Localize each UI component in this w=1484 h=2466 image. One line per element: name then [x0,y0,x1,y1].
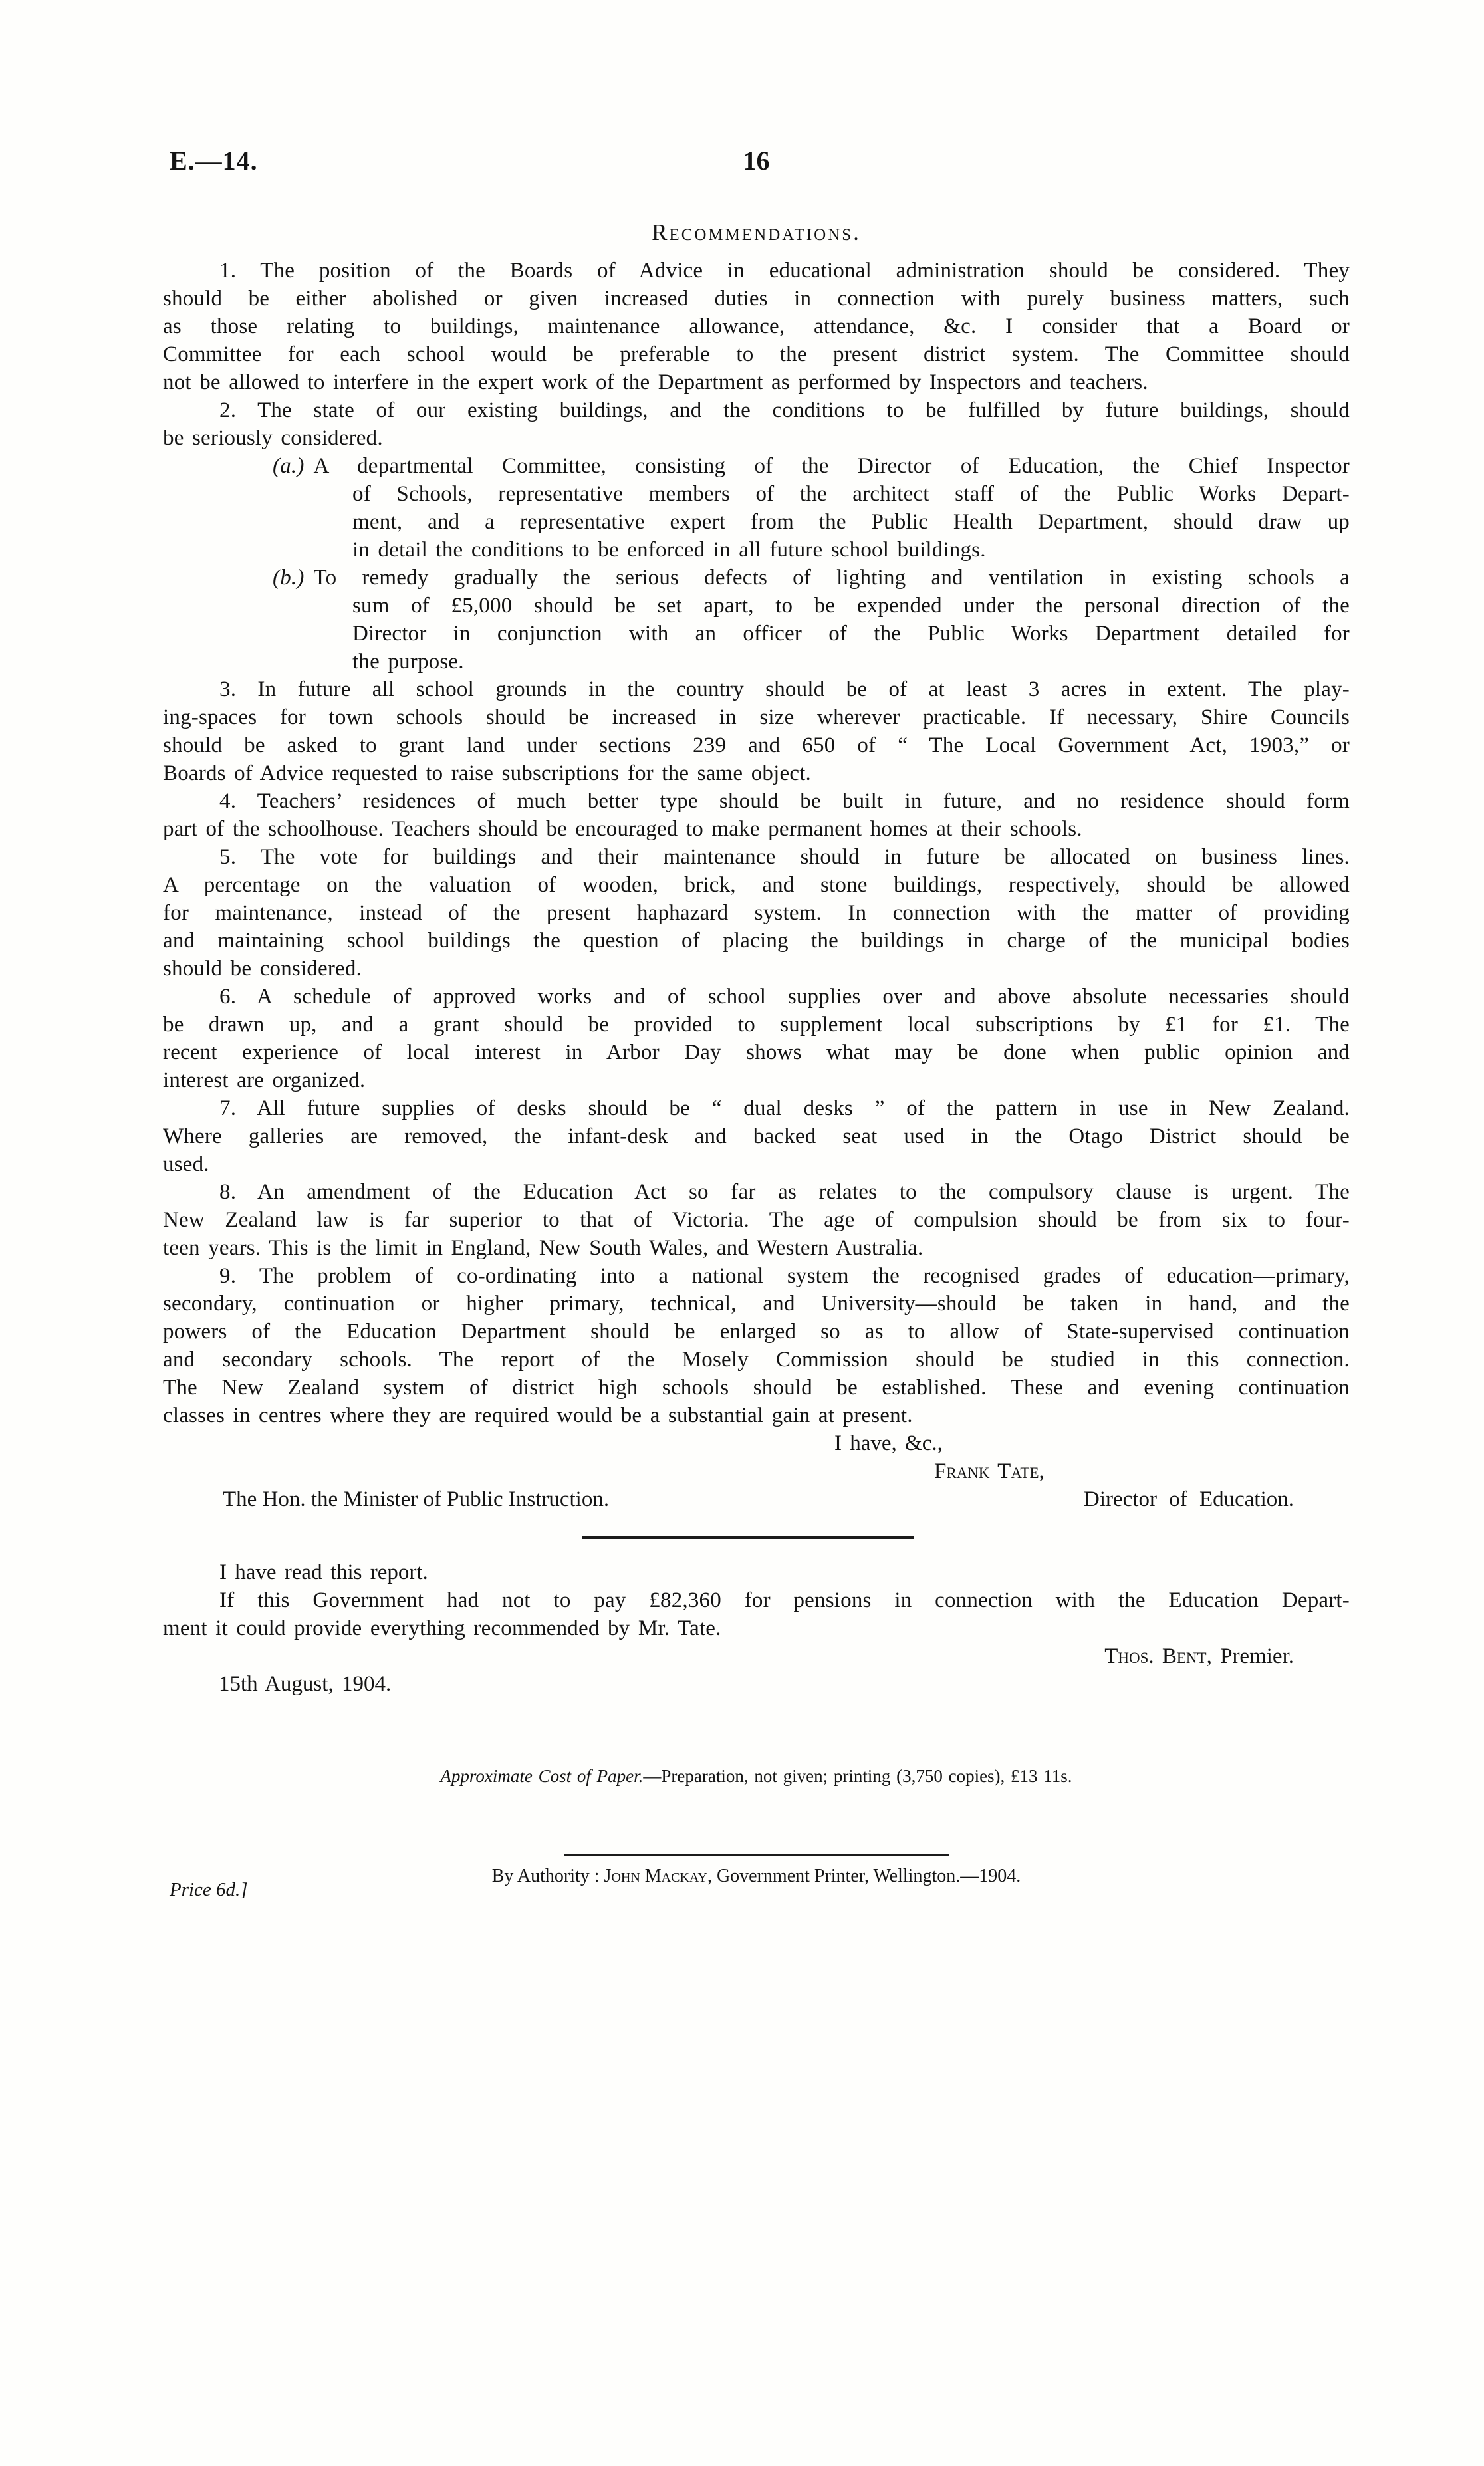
imprint-suffix: , Government Printer, Wellington.—1904. [707,1866,1021,1886]
body-line: 8. An amendment of the Education Act so … [163,1178,1350,1206]
addressee-row: The Hon. the Minister of Public Instruct… [163,1485,1350,1513]
body-line: (a.)A departmental Committee, consisting… [163,452,1350,480]
sub-item-label: (b.) [273,566,305,590]
body-line: be seriously considered. [163,424,1350,452]
body-line: Where galleries are removed, the infant-… [163,1122,1350,1150]
body-line: should be considered. [163,955,1350,983]
cost-note-lead: Approximate Cost of Paper. [440,1766,643,1786]
body-line: secondary, continuation or higher primar… [163,1290,1350,1318]
valediction: I have, &c., [163,1429,1350,1457]
body-line: not be allowed to interfere in the exper… [163,368,1350,396]
body-line: ment, and a representative expert from t… [163,508,1350,536]
signatory-name: Frank Tate, [163,1457,1350,1485]
signatory-title: Director of Education. [1084,1485,1350,1513]
body-line: 3. In future all school grounds in the c… [163,676,1350,703]
body-line: as those relating to buildings, maintena… [163,312,1350,340]
endorsement-line: ment it could provide everything recomme… [163,1614,1350,1642]
body-line: A percentage on the valuation of wooden,… [163,871,1350,899]
printer-imprint: By Authority : John Mackay, Government P… [163,1864,1350,1888]
body-line: used. [163,1150,1350,1178]
body-line: for maintenance, instead of the present … [163,899,1350,927]
body-line: (b.)To remedy gradually the serious defe… [163,564,1350,592]
body-line: 2. The state of our existing buildings, … [163,396,1350,424]
body-line: part of the schoolhouse. Teachers should… [163,815,1350,843]
document-page: E.—14. 16 Recommendations. 1. The positi… [0,0,1484,2466]
body-line: of Schools, representative members of th… [163,480,1350,508]
imprint-rule [564,1854,949,1856]
body-line: 6. A schedule of approved works and of s… [163,983,1350,1011]
body-line: The New Zealand system of district high … [163,1374,1350,1402]
page-number: 16 [163,145,1350,176]
body-line: and maintaining school buildings the que… [163,927,1350,955]
endorsement-line: If this Government had not to pay £82,36… [163,1586,1350,1614]
body-line: classes in centres where they are requir… [163,1402,1350,1429]
body-line: should be either abolished or given incr… [163,285,1350,312]
body-line: and secondary schools. The report of the… [163,1346,1350,1374]
body-line: should be asked to grant land under sect… [163,731,1350,759]
body-line: 1. The position of the Boards of Advice … [163,257,1350,285]
divider-rule [582,1536,914,1539]
premier-title: Premier. [1212,1644,1294,1668]
cost-note-detail: —Preparation, not given; printing (3,750… [643,1766,1072,1786]
body-line: Director in conjunction with an officer … [163,620,1350,648]
body-line: sum of £5,000 should be set apart, to be… [163,592,1350,620]
addressee: The Hon. the Minister of Public Instruct… [163,1485,609,1513]
body-line: recent experience of local interest in A… [163,1039,1350,1066]
body-line: 5. The vote for buildings and their main… [163,843,1350,871]
page-header: E.—14. 16 [0,145,1484,185]
body-line: Boards of Advice requested to raise subs… [163,759,1350,787]
sub-item-text: A departmental Committee, consisting of … [314,454,1350,478]
body-line: teen years. This is the limit in England… [163,1234,1350,1262]
printer-name: John Mackay [604,1866,707,1886]
body-line: Committee for each school would be prefe… [163,340,1350,368]
body-line: ing-spaces for town schools should be in… [163,703,1350,731]
section-heading: Recommendations. [163,219,1350,246]
endorsement-read-line: I have read this report. [163,1558,1350,1586]
body-line: interest are organized. [163,1066,1350,1094]
body-line: the purpose. [163,648,1350,676]
cost-of-paper-note: Approximate Cost of Paper.—Preparation, … [163,1765,1350,1787]
body-line: in detail the conditions to be enforced … [163,536,1350,564]
body-line: 4. Teachers’ residences of much better t… [163,787,1350,815]
price-note: Price 6d.] [170,1879,248,1901]
imprint-prefix: By Authority : [492,1866,604,1886]
body-line: powers of the Education Department shoul… [163,1318,1350,1346]
premier-signature: Thos. Bent, Premier. [163,1642,1350,1670]
body-column: 1. The position of the Boards of Advice … [163,257,1350,1888]
premier-name: Thos. Bent, [1104,1644,1212,1668]
body-line: New Zealand law is far superior to that … [163,1206,1350,1234]
body-line: 7. All future supplies of desks should b… [163,1094,1350,1122]
body-line: 9. The problem of co-ordinating into a n… [163,1262,1350,1290]
sub-item-label: (a.) [273,454,305,478]
sub-item-text: To remedy gradually the serious defects … [314,566,1350,590]
endorsement-date: 15th August, 1904. [163,1670,1350,1698]
body-line: be drawn up, and a grant should be provi… [163,1011,1350,1039]
